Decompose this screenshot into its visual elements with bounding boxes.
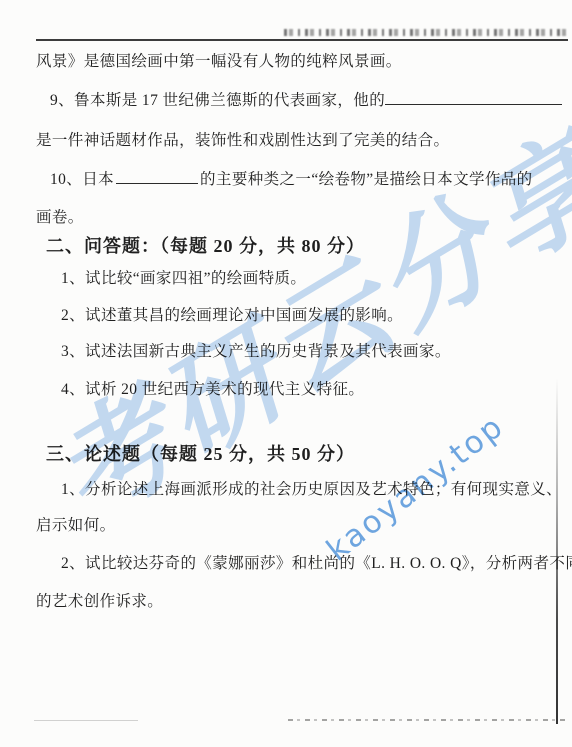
scanned-exam-page: 考研云分享 kaoyany.top 风景》是德国绘画中第一幅没有人物的纯粹风景画…: [0, 0, 572, 747]
question-10: 10、日本 的主要种类之一“绘卷物”是描绘日本文学作品的: [50, 167, 533, 189]
section-3-heading: 三、论述题（每题 25 分，共 50 分）: [46, 440, 355, 466]
section-3-question-2-line-1: 2、试比较达芬奇的《蒙娜丽莎》和杜尚的《L. H. O. O. Q》，分析两者不…: [61, 551, 572, 573]
section-2-question-2: 2、试述董其昌的绘画理论对中国画发展的影响。: [61, 303, 403, 325]
section-3-question-1-line-2: 启示如何。: [36, 513, 116, 535]
header-rule-line: [36, 39, 568, 41]
question-9-continuation: 是一件神话题材作品，装饰性和戏剧性达到了完美的结合。: [36, 128, 449, 150]
intro-line: 风景》是德国绘画中第一幅没有人物的纯粹风景画。: [36, 49, 402, 71]
question-10-continuation: 画卷。: [36, 205, 84, 227]
question-10-text-b: 的主要种类之一“绘卷物”是描绘日本文学作品的: [200, 167, 533, 189]
section-3-question-2-line-2: 的艺术创作诉求。: [36, 589, 163, 611]
section-2-heading: 二、问答题：（每题 20 分，共 80 分）: [46, 232, 365, 258]
section-3-question-1-line-1: 1、分析论述上海画派形成的社会历史原因及艺术特色；有何现实意义、: [61, 477, 562, 499]
blank-line: [385, 89, 562, 105]
bottom-print-artifact: [288, 719, 566, 721]
section-2-question-4: 4、试析 20 世纪西方美术的现代主义特征。: [61, 377, 364, 399]
section-2-question-1: 1、试比较“画家四祖”的绘画特质。: [61, 266, 306, 288]
bottom-faint-line: [34, 720, 138, 721]
blank-line: [116, 168, 198, 184]
question-9: 9、鲁本斯是 17 世纪佛兰德斯的代表画家，他的: [50, 88, 562, 110]
question-10-text-a: 10、日本: [50, 167, 114, 189]
question-9-text: 9、鲁本斯是 17 世纪佛兰德斯的代表画家，他的: [50, 88, 385, 110]
cropped-print-artifact: [284, 29, 569, 36]
section-2-question-3: 3、试述法国新古典主义产生的历史背景及其代表画家。: [61, 339, 451, 361]
